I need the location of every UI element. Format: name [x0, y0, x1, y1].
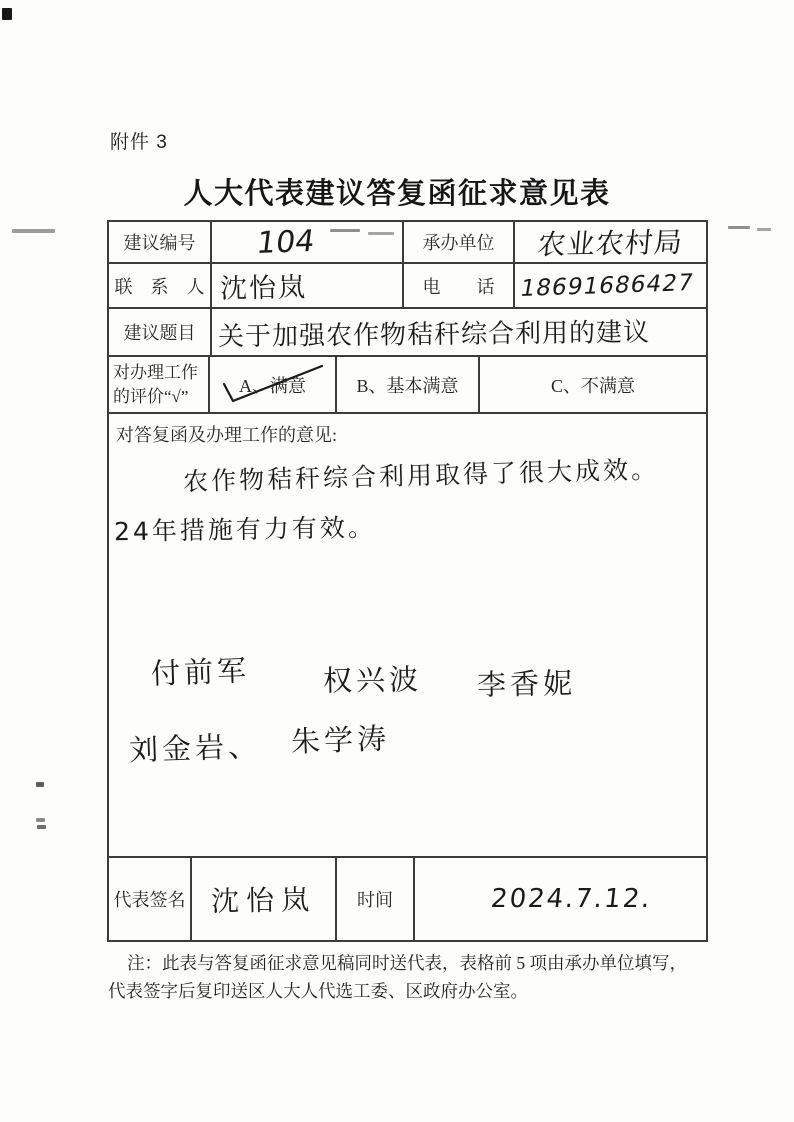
scan-artifact [36, 782, 44, 787]
contact-label: 联 系 人 [115, 273, 205, 299]
row-opinion: 对答复函及办理工作的意见: 农作物秸秆综合利用取得了很大成效。 24年措施有力有… [109, 414, 706, 858]
option-c-text: C、不满意 [551, 372, 635, 398]
signature-4: 刘金岩、 [128, 724, 261, 770]
evaluation-option-c: C、不满意 [480, 357, 706, 412]
topic-value: 关于加强农作物秸秆综合利用的建议 [218, 311, 650, 353]
topic-label: 建议题目 [124, 319, 196, 345]
signature-5: 朱学涛 [290, 716, 390, 760]
scanned-form-page: 附件 3 人大代表建议答复函征求意见表 建议编号 104 承办单位 农业农村局 … [0, 0, 794, 1122]
phone-label: 电 话 [423, 273, 495, 299]
option-a-text: A、满意 [239, 372, 306, 398]
suggestion-no-label: 建议编号 [124, 229, 196, 255]
evaluation-option-a: A、满意 [210, 357, 337, 412]
rep-signature-value: 沈怡岚 [211, 878, 317, 920]
rep-signature-label: 代表签名 [114, 886, 186, 912]
form-table: 建议编号 104 承办单位 农业农村局 联 系 人 沈怡岚 电 话 186916… [107, 220, 708, 942]
contact-value: 沈怡岚 [220, 265, 308, 306]
signature-2: 权兴波 [323, 657, 423, 700]
date-label: 时间 [357, 886, 393, 912]
signature-3: 李香妮 [477, 661, 577, 704]
footnote-line-2: 代表签字后复印送区人大人代选工委、区政府办公室。 [108, 977, 722, 1005]
scan-artifact [2, 8, 12, 20]
row-evaluation: 对办理工作的评价“√” A、满意 B、基本满意 C、不满意 [109, 357, 706, 414]
row-signature-date: 代表签名 沈怡岚 时间 2024.7.12. [109, 858, 706, 940]
scan-artifact [36, 818, 45, 822]
row-contact: 联 系 人 沈怡岚 电 话 18691686427 [109, 264, 706, 309]
scan-artifact [12, 229, 55, 233]
scan-artifact [757, 228, 771, 231]
row-suggestion-number: 建议编号 104 承办单位 农业农村局 [109, 222, 706, 264]
footnote: 注：此表与答复函征求意见稿同时送代表，表格前 5 项由承办单位填写， 代表签字后… [108, 949, 722, 1005]
opinion-line-1: 农作物秸秆综合利用取得了很大成效。 [183, 450, 660, 498]
row-topic: 建议题目 关于加强农作物秸秆综合利用的建议 [109, 309, 706, 357]
undertaking-unit-value: 农业农村局 [536, 221, 685, 264]
page-title: 人大代表建议答复函征求意见表 [0, 171, 794, 212]
scan-artifact [728, 226, 750, 229]
opinion-line-2: 24年措施有力有效。 [114, 508, 376, 549]
attachment-label: 附件 3 [110, 127, 168, 154]
evaluation-label: 对办理工作的评价“√” [109, 359, 208, 411]
evaluation-option-b: B、基本满意 [337, 357, 480, 412]
footnote-line-1: 注：此表与答复函征求意见稿同时送代表，表格前 5 项由承办单位填写， [108, 949, 722, 977]
phone-value: 18691686427 [518, 270, 696, 302]
date-value: 2024.7.12. [489, 884, 653, 914]
signature-1: 付前军 [150, 648, 250, 692]
scan-artifact [37, 825, 46, 829]
suggestion-no-value: 104 [255, 224, 317, 261]
opinion-label: 对答复函及办理工作的意见: [116, 421, 337, 447]
option-b-text: B、基本满意 [356, 372, 458, 398]
undertaking-unit-label: 承办单位 [423, 229, 495, 255]
opinion-box: 对答复函及办理工作的意见: 农作物秸秆综合利用取得了很大成效。 24年措施有力有… [109, 414, 706, 856]
